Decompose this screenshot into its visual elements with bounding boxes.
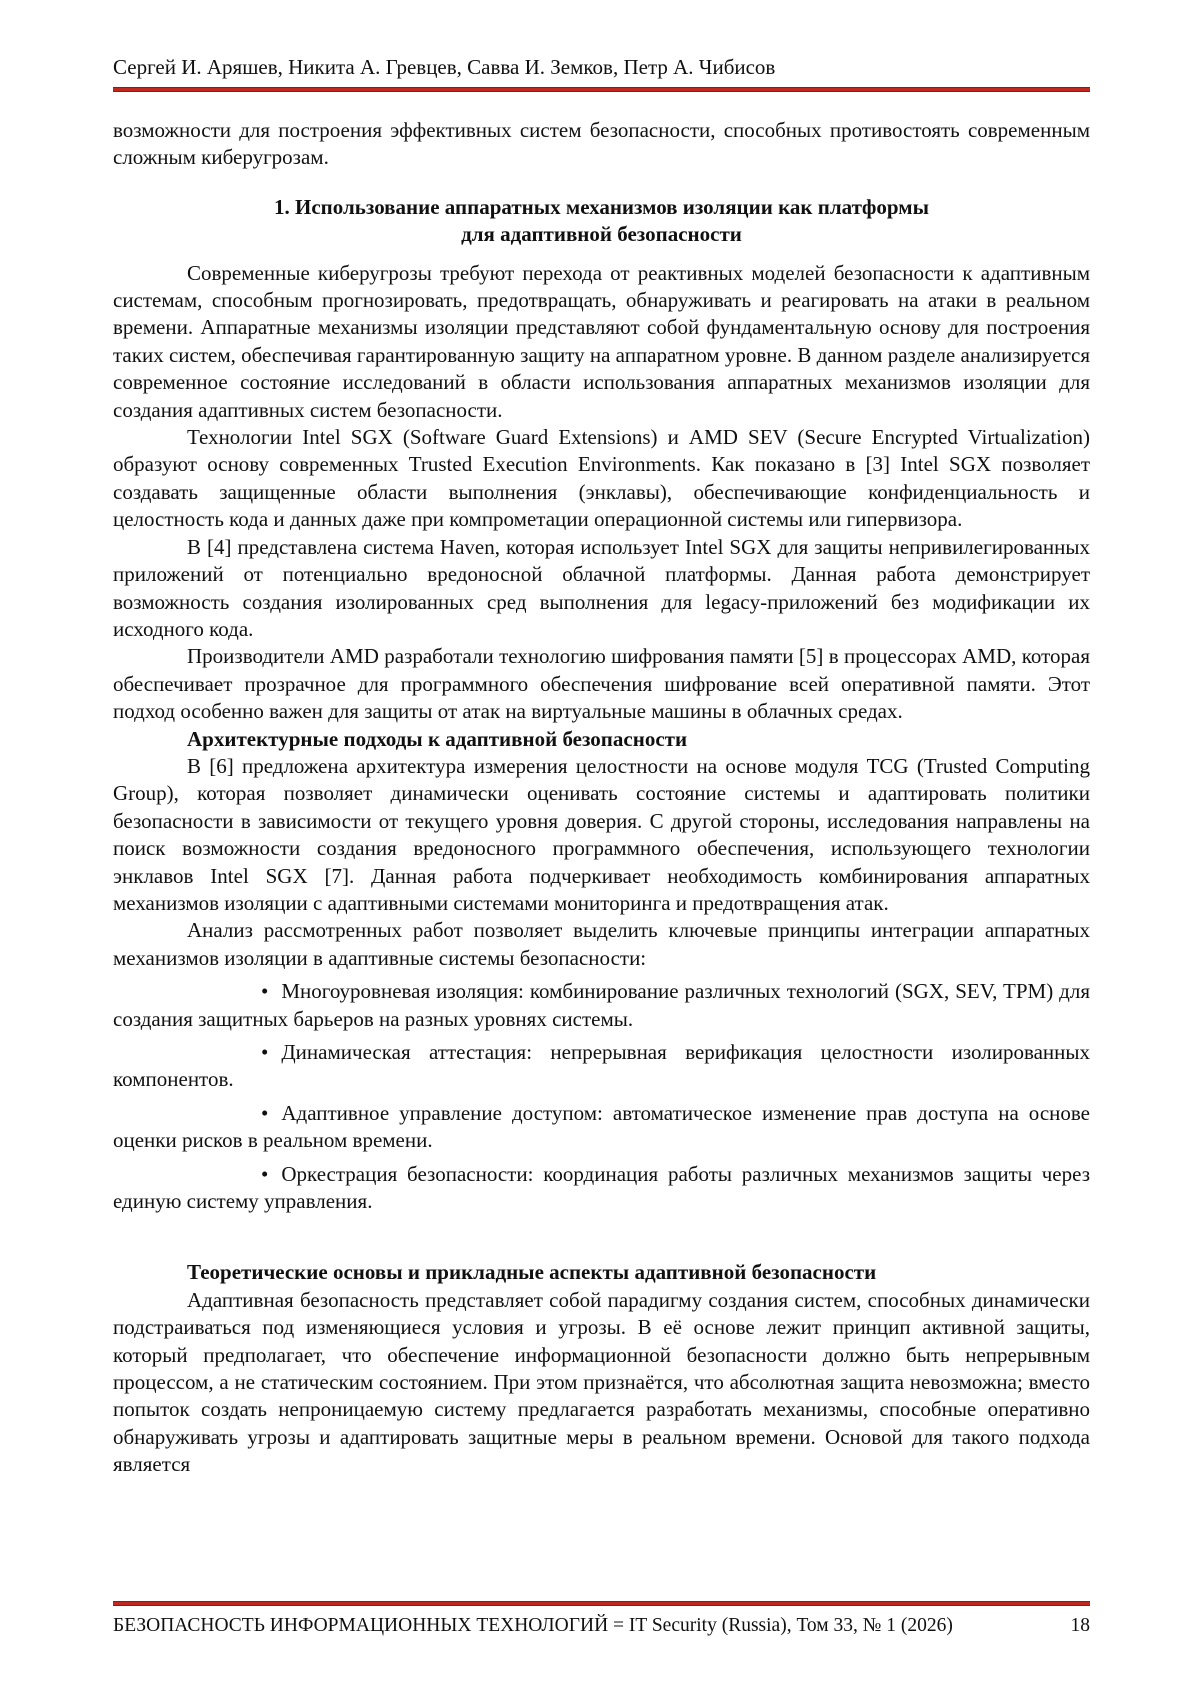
bullet-item: •Оркестрация безопасности: координация р… [113, 1161, 1090, 1216]
bullet-item: •Динамическая аттестация: непрерывная ве… [113, 1039, 1090, 1094]
page-header: Сергей И. Аряшев, Никита А. Гревцев, Сав… [113, 54, 1090, 92]
page-footer: БЕЗОПАСНОСТЬ ИНФОРМАЦИОННЫХ ТЕХНОЛОГИЙ =… [113, 1601, 1090, 1637]
paragraph: Анализ рассмотренных работ позволяет выд… [113, 917, 1090, 972]
subsection-heading-architecture: Архитектурные подходы к адаптивной безоп… [113, 726, 1090, 753]
header-rule [113, 87, 1090, 92]
bullet-icon: • [187, 1039, 281, 1066]
bullet-icon: • [187, 1100, 281, 1127]
article-body: возможности для построения эффективных с… [113, 117, 1090, 1479]
authors-line: Сергей И. Аряшев, Никита А. Гревцев, Сав… [113, 54, 1090, 80]
paragraph: Производители AMD разработали технологию… [113, 643, 1090, 725]
footer-rule [113, 1601, 1090, 1606]
subsection-heading-theory: Теоретические основы и прикладные аспект… [113, 1259, 1090, 1286]
section-heading-line-1: 1. Использование аппаратных механизмов и… [113, 194, 1090, 221]
paragraph: Адаптивная безопасность представляет соб… [113, 1287, 1090, 1479]
bullet-item: •Многоуровневая изоляция: комбинирование… [113, 978, 1090, 1033]
bullet-icon: • [187, 978, 281, 1005]
paragraph: В [6] предложена архитектура измерения ц… [113, 753, 1090, 917]
paragraph: Технологии Intel SGX (Software Guard Ext… [113, 424, 1090, 534]
paragraph-continuation: возможности для построения эффективных с… [113, 117, 1090, 172]
document-page: Сергей И. Аряшев, Никита А. Гревцев, Сав… [0, 0, 1200, 1697]
page-number: 18 [1071, 1615, 1091, 1637]
section-heading-line-2: для адаптивной безопасности [113, 221, 1090, 248]
bullet-item: •Адаптивное управление доступом: автомат… [113, 1100, 1090, 1155]
bullet-icon: • [187, 1161, 281, 1188]
paragraph: В [4] представлена система Haven, котора… [113, 534, 1090, 644]
section-heading: 1. Использование аппаратных механизмов и… [113, 194, 1090, 249]
journal-title: БЕЗОПАСНОСТЬ ИНФОРМАЦИОННЫХ ТЕХНОЛОГИЙ =… [113, 1615, 953, 1637]
paragraph: Современные киберугрозы требуют перехода… [113, 260, 1090, 424]
